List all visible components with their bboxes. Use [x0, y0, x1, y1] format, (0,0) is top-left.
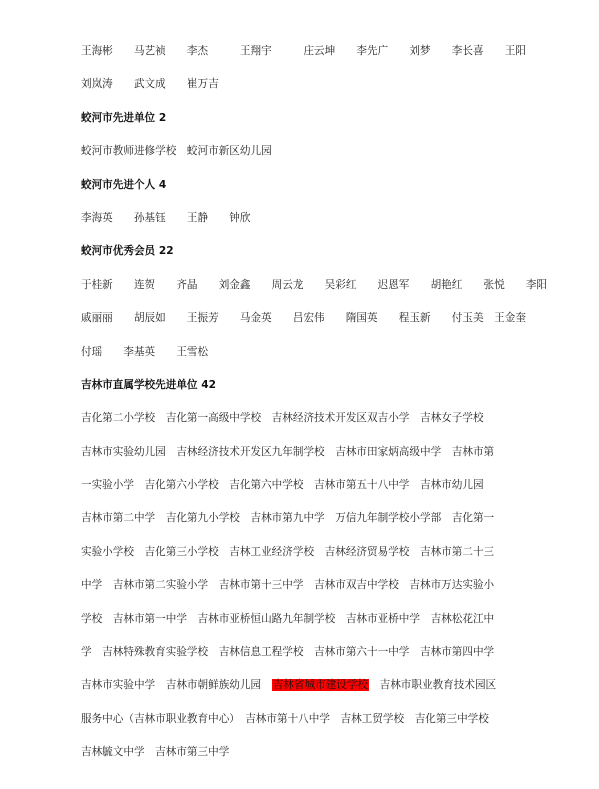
school-names-line: 吉林市实验幼儿园 吉林经济技术开发区九年制学校 吉林市田家炳高级中学 吉林市第 — [81, 441, 531, 474]
school-names-line: 一实验小学 吉化第六小学校 吉化第六中学校 吉林市第五十八中学 吉林市幼儿园 — [81, 474, 531, 507]
school-names-line: 吉化第二小学校 吉化第一高级中学校 吉林经济技术开发区双吉小学 吉林女子学校 — [81, 407, 531, 440]
school-names-line: 吉林毓文中学 吉林市第三中学 — [81, 741, 531, 774]
school-names-line: 学 吉林特殊教育实验学校 吉林信息工程学校 吉林市第六十一中学 吉林市第四中学 — [81, 641, 531, 674]
school-names-after: 吉林市职业教育技术园区 — [369, 679, 496, 691]
school-names-line: 学校 吉林市第一中学 吉林市亚桥恒山路九年制学校 吉林市亚桥中学 吉林松花江中 — [81, 608, 531, 641]
school-names-line: 服务中心（吉林市职业教育中心） 吉林市第十八中学 吉林工贸学校 吉化第三中学校 — [81, 708, 531, 741]
section-heading: 蛟河市先进单位 2 — [81, 107, 531, 140]
person-names-line: 李海英 孙基钰 王静 钟欣 — [81, 207, 531, 240]
section-heading: 蛟河市先进个人 4 — [81, 174, 531, 207]
school-names-before: 吉林市实验中学 吉林市朝鲜族幼儿园 — [81, 679, 272, 691]
school-names-line-highlighted: 吉林市实验中学 吉林市朝鲜族幼儿园 吉林省城市建设学校 吉林市职业教育技术园区 — [81, 674, 531, 707]
school-names-line: 吉林市第二中学 吉化第九小学校 吉林市第九中学 万信九年制学校小学部 吉化第一 — [81, 507, 531, 540]
member-names-line: 王海彬 马艺祯 李杰 王翔宇 庄云坤 李先广 刘梦 李长喜 王阳 — [81, 40, 531, 73]
member-names-line: 于桂新 连贺 齐晶 刘金鑫 周云龙 吴彩红 迟恩军 胡艳红 张悦 李阳 — [81, 274, 531, 307]
school-names-line: 实验小学校 吉化第三小学校 吉林工业经济学校 吉林经济贸易学校 吉林市第二十三 — [81, 541, 531, 574]
member-names-line: 刘岚涛 武文成 崔万吉 — [81, 73, 531, 106]
highlighted-school-name: 吉林省城市建设学校 — [272, 679, 369, 691]
member-names-line: 付瑶 李基英 王雪松 — [81, 341, 531, 374]
section-heading: 吉林市直属学校先进单位 42 — [81, 374, 531, 407]
member-names-line: 戚丽丽 胡辰如 王振芳 马金英 吕宏伟 隋国英 程玉新 付玉美 王金奎 — [81, 307, 531, 340]
section-heading: 蛟河市优秀会员 22 — [81, 240, 531, 273]
unit-names-line: 蛟河市教师进修学校 蛟河市新区幼儿园 — [81, 140, 531, 173]
document-page: 王海彬 马艺祯 李杰 王翔宇 庄云坤 李先广 刘梦 李长喜 王阳 刘岚涛 武文成… — [81, 40, 531, 775]
school-names-line: 中学 吉林市第二实验小学 吉林市第十三中学 吉林市双吉中学校 吉林市万达实验小 — [81, 574, 531, 607]
